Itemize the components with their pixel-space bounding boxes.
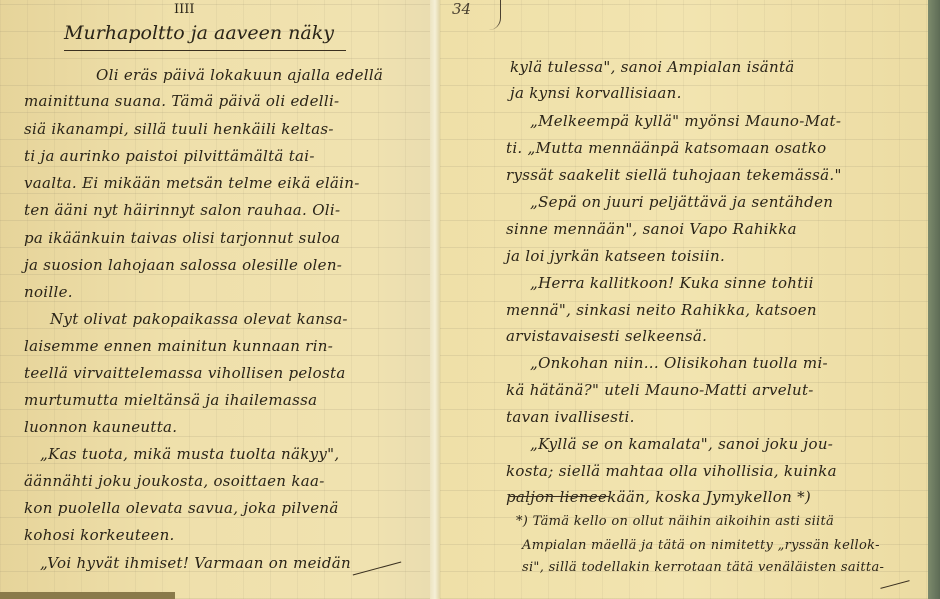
text-line: mennä", sinkasi neito Rahikka, katsoen: [506, 301, 817, 319]
text-line: laisemme ennen mainitun kunnaan rin-: [24, 337, 333, 355]
page-number: 34: [452, 0, 471, 18]
text-line: „Kas tuota, mikä musta tuolta näkyy",: [40, 445, 339, 463]
page-edge-shadow: [0, 592, 175, 599]
text-line: kon puolella olevata savua, joka pilvenä: [24, 499, 339, 517]
text-line: ten ääni nyt häirinnyt salon rauhaa. Oli…: [24, 201, 340, 219]
text-line: kylä tulessa", sanoi Ampialan isäntä: [510, 58, 795, 76]
text-line: pa ikäänkuin taivas olisi tarjonnut sulo…: [24, 229, 340, 247]
background-surface: [928, 0, 940, 599]
chapter-number: IIII: [174, 2, 195, 17]
text-line: „Sepä on juuri peljättävä ja sentähden: [530, 193, 833, 211]
notebook-spine: [430, 0, 440, 599]
text-line: „Melkeempä kyllä" myönsi Mauno-Mat-: [530, 112, 841, 130]
text-line: „Kyllä se on kamalata", sanoi joku jou-: [530, 435, 833, 453]
footnote-line: Ampialan mäellä ja tätä on nimitetty „ry…: [522, 538, 880, 553]
text-line: kohosi korkeuteen.: [24, 526, 175, 544]
text-line: „Onkohan niin... Olisikohan tuolla mi-: [530, 354, 828, 372]
text-line: noille.: [24, 283, 73, 301]
text-line: tavan ivallisesti.: [506, 408, 635, 426]
text-line: ti ja aurinko paistoi pilvittämältä tai-: [24, 147, 315, 165]
text-line: ja kynsi korvallisiaan.: [510, 84, 682, 102]
text-line: „Herra kallitkoon! Kuka sinne tohtii: [530, 274, 814, 292]
text-line: siä ikanampi, sillä tuuli henkäili kelta…: [24, 120, 334, 138]
text-line: kosta; siellä mahtaa olla vihollisia, ku…: [506, 462, 837, 480]
text-line: ti. „Mutta mennäänpä katsomaan osatko: [506, 139, 826, 157]
text-line: mainittuna suana. Tämä päivä oli edelli-: [24, 92, 339, 110]
title-underline: [64, 50, 346, 51]
text-line: paljon lieneekään, koska Jymykellon *): [506, 488, 811, 506]
text-line: äännähti joku joukosta, osoittaen kaa-: [24, 472, 325, 490]
text-line: kä hätänä?" uteli Mauno-Matti arvelut-: [506, 381, 814, 399]
footnote-line: si", sillä todellakin kerrotaan tätä ven…: [522, 560, 884, 575]
text-line: ryssät saakelit siellä tuhojaan tekemäss…: [506, 166, 842, 184]
text-line: vaalta. Ei mikään metsän telme eikä eläi…: [24, 174, 360, 192]
footnote-line: *) Tämä kello on ollut näihin aikoihin a…: [516, 514, 834, 529]
footnote-rule: [510, 496, 610, 497]
text-line: murtumutta mieltänsä ja ihailemassa: [24, 391, 317, 409]
text-line: ja suosion lahojaan salossa olesille ole…: [24, 256, 342, 274]
text-line: arvistavaisesti selkeensä.: [506, 327, 707, 345]
text-line: teellä virvaittelemassa vihollisen pelos…: [24, 364, 346, 382]
text-line: ja loi jyrkän katseen toisiin.: [506, 247, 725, 265]
text-line: sinne mennään", sanoi Vapo Rahikka: [506, 220, 797, 238]
text-line: luonnon kauneutta.: [24, 418, 177, 436]
chapter-title: Murhapoltto ja aaveen näky: [64, 22, 334, 44]
text-line: Oli eräs päivä lokakuun ajalla edellä: [96, 66, 383, 84]
text-line: Nyt olivat pakopaikassa olevat kansa-: [50, 310, 348, 328]
left-page: IIII Murhapoltto ja aaveen näky Oli eräs…: [0, 0, 437, 599]
text-line: „Voi hyvät ihmiset! Varmaan on meidän: [40, 554, 351, 572]
